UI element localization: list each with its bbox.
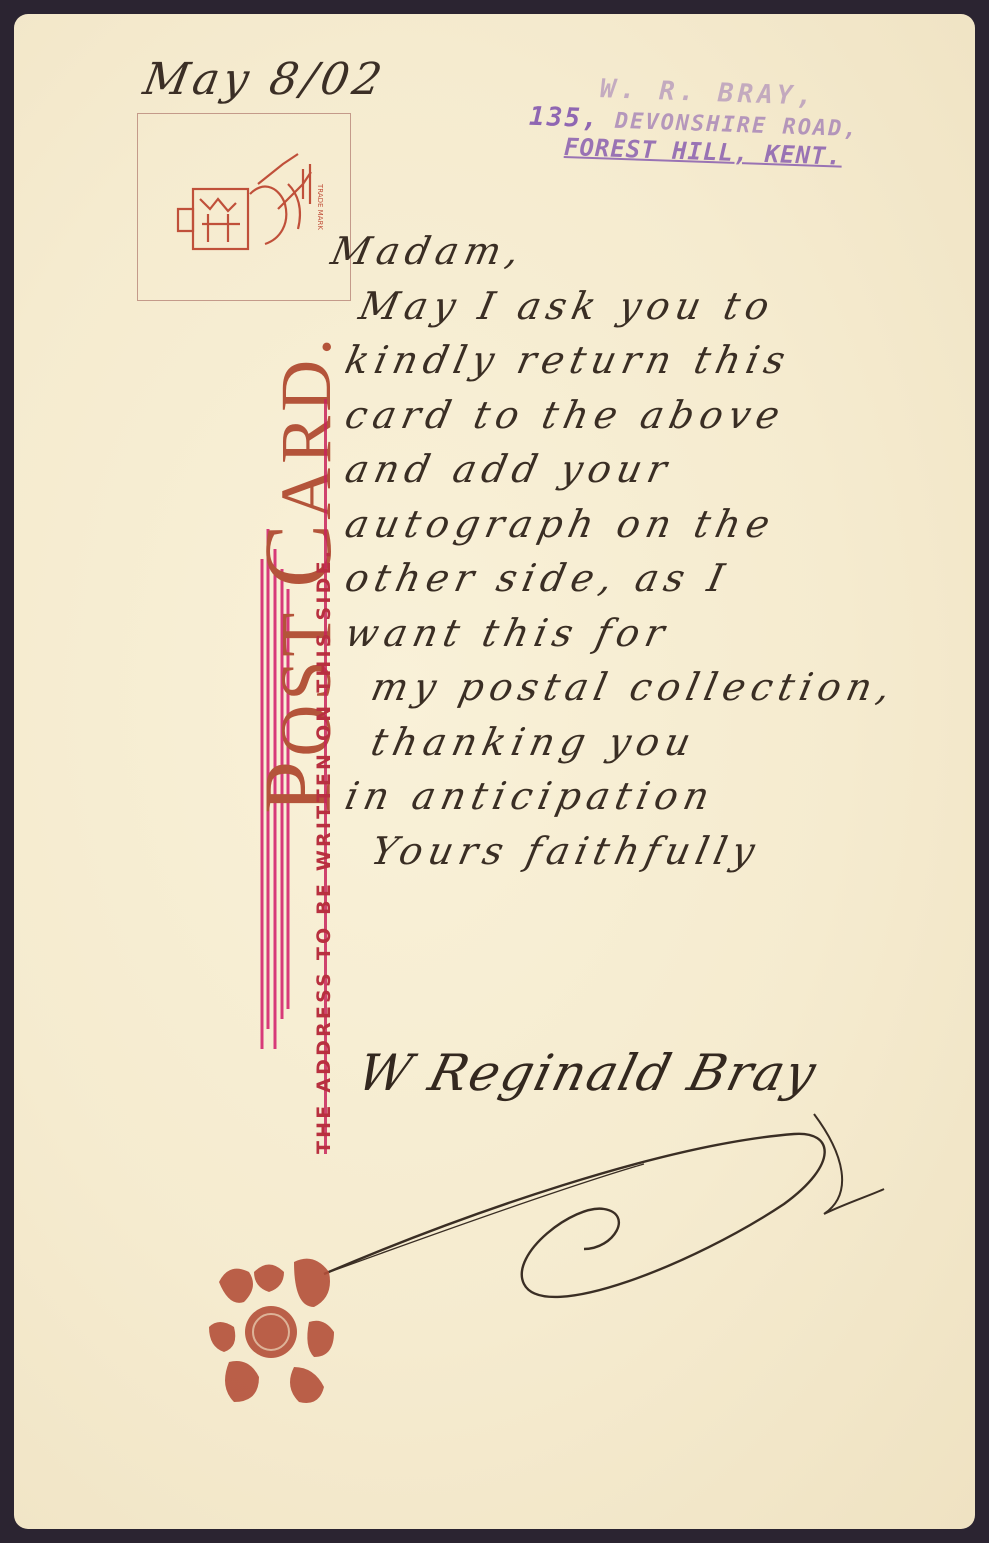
letter-line: card to the above: [340, 388, 958, 443]
sender-rubber-stamp: W. R. BRAY, 135, DEVONSHIRE ROAD, FOREST…: [528, 72, 891, 173]
letter-line: my postal collection,: [366, 660, 958, 715]
stamp-area-box: TRADE MARK: [137, 113, 351, 301]
letter-line: autograph on the: [340, 497, 958, 552]
svg-text:TRADE MARK: TRADE MARK: [316, 183, 324, 230]
letter-line: and add your: [340, 442, 958, 497]
handwritten-date: May 8/02: [140, 54, 390, 105]
letter-line: in anticipation: [340, 769, 958, 824]
royal-coat-of-arms-icon: [199, 1242, 349, 1412]
letter-line: want this for: [340, 606, 958, 661]
signature-flourish: [314, 1034, 914, 1304]
postcard: May 8/02 TRADE MARK W. R. BRAY, 135, DEV…: [14, 14, 975, 1529]
letter-line: other side, as I: [340, 551, 958, 606]
letter-line: thanking you: [366, 715, 958, 770]
stamp-area-trademark-crest-icon: TRADE MARK: [138, 114, 350, 300]
letter-line: kindly return this: [340, 333, 958, 388]
handwritten-letter: Madam, May I ask you to kindly return th…: [332, 224, 952, 878]
letter-salutation: Madam,: [326, 224, 958, 279]
letter-line: May I ask you to: [354, 279, 958, 334]
letter-closing: Yours faithfully: [366, 824, 958, 879]
